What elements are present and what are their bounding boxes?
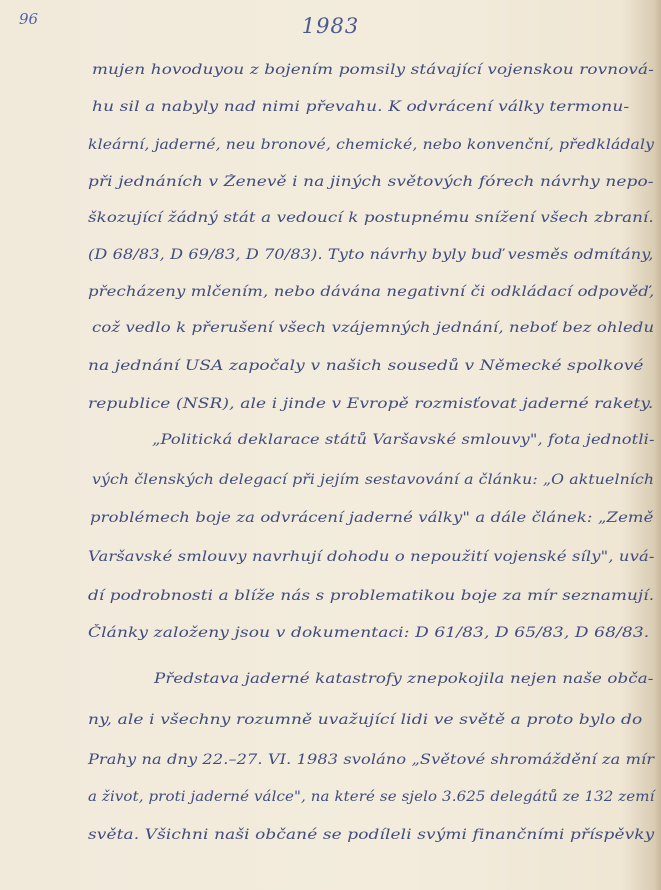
- text-line-9: na jednání USA započaly v našich sousedů…: [88, 358, 644, 374]
- text-line-18: ny, ale i všechny rozumně uvažující lidi…: [88, 712, 642, 728]
- text-line-14: Varšavské smlouvy navrhují dohodu o nepo…: [88, 549, 654, 565]
- text-line-7: přecházeny mlčením, nebo dávána negativn…: [88, 284, 654, 300]
- text-line-4: při jednáních v Ženevě i na jiných světo…: [88, 174, 654, 190]
- handwritten-chronicle-page: 96 1983 mujen hovoduyou z bojením pomsil…: [0, 0, 661, 890]
- text-line-3: kleární, jaderné, neu bronové, chemické,…: [88, 137, 654, 153]
- text-line-13: problémech boje za odvrácení jaderné vál…: [90, 510, 653, 526]
- text-line-21: světa. Všichni naši občané se podíleli s…: [88, 827, 654, 843]
- text-line-1: mujen hovoduyou z bojením pomsily stávaj…: [92, 62, 654, 78]
- text-line-8: což vedlo k přerušení všech vzájemných j…: [92, 320, 654, 336]
- text-line-15: dí podrobnosti a blíže nás s problematik…: [88, 588, 654, 604]
- text-line-17: Představa jaderné katastrofy znepokojila…: [154, 671, 654, 687]
- text-line-5: škozující žádný stát a vedoucí k postupn…: [88, 210, 654, 226]
- text-line-6: (D 68/83, D 69/83, D 70/83). Tyto návrhy…: [88, 247, 654, 263]
- text-line-20: a život, proti jaderné válce", na které …: [88, 789, 655, 805]
- text-line-12: vých členských delegací při jejím sestav…: [92, 472, 654, 488]
- year-heading: 1983: [0, 14, 661, 38]
- text-line-10: republice (NSR), ale i jinde v Evropě ro…: [88, 396, 653, 412]
- text-line-11: „Politická deklarace států Varšavské sml…: [152, 432, 655, 448]
- text-line-19: Prahy na dny 22.–27. VI. 1983 svoláno „S…: [88, 752, 654, 768]
- text-line-16: Články založeny jsou v dokumentaci: D 61…: [88, 625, 649, 641]
- text-line-2: hu sil a nabyly nad nimi převahu. K odvr…: [92, 99, 629, 115]
